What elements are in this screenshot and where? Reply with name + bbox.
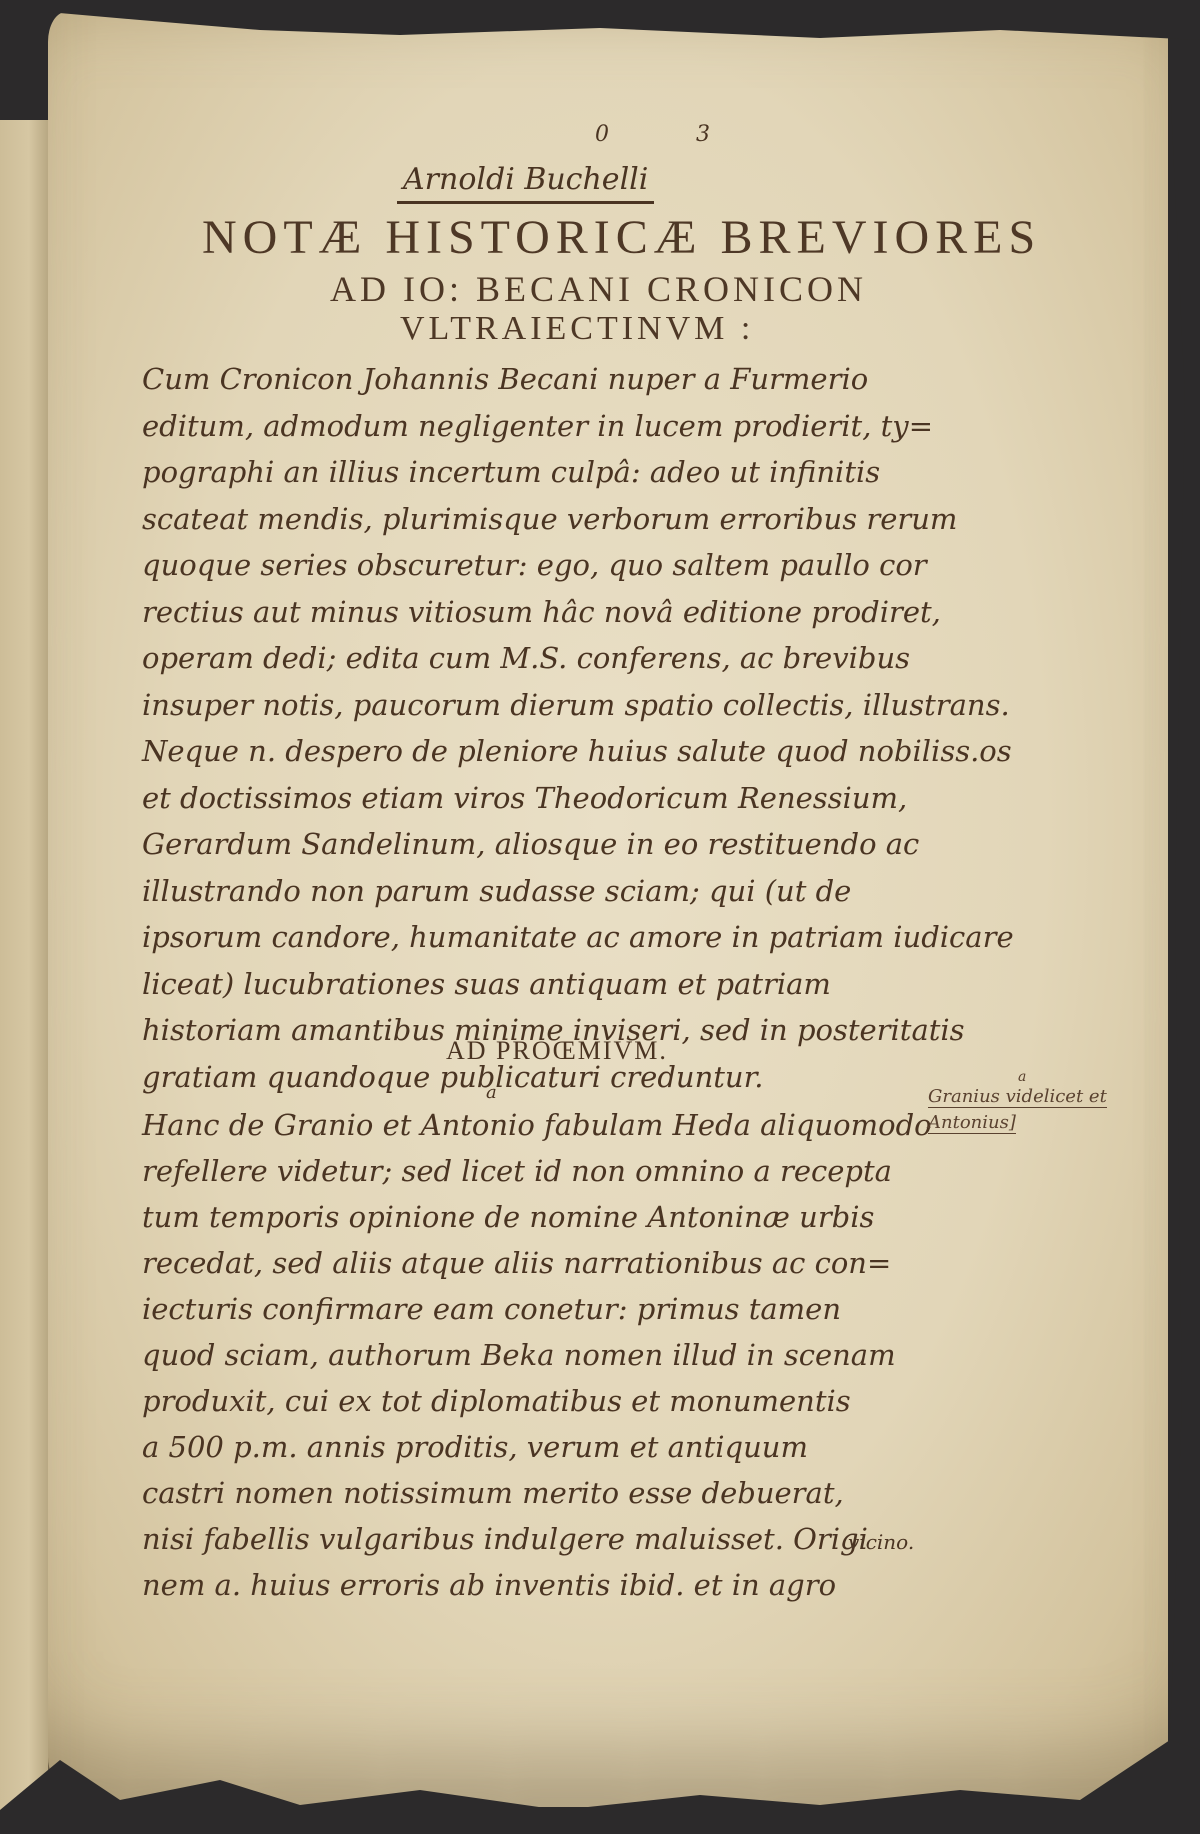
text-line: Hanc de Granio et Antonio fabulam Heda a…: [142, 1102, 932, 1148]
text-line: produxit, cui ex tot diplomatibus et mon…: [142, 1378, 932, 1424]
text-line: operam dedi; edita cum M.S. conferens, a…: [142, 635, 932, 682]
preface-paragraph: Cum Cronicon Johannis Becani nuper a Fur…: [142, 356, 932, 1100]
folio-number: 0 3: [595, 122, 750, 147]
text-line: editum, admodum negligenter in lucem pro…: [142, 403, 932, 450]
text-line: castri nomen notissimum merito esse debu…: [142, 1470, 932, 1516]
text-line: quoque series obscuretur: ego, quo salte…: [142, 542, 932, 589]
text-line: liceat) lucubrationes suas antiquam et p…: [142, 961, 932, 1008]
proemium-paragraph: Hanc de Granio et Antonio fabulam Heda a…: [142, 1102, 932, 1608]
adjacent-page-edge: [0, 120, 50, 1810]
margin-note-marker: a: [928, 1070, 1107, 1084]
text-line: ipsorum candore, humanitate ac amore in …: [142, 914, 932, 961]
text-line: iecturis confirmare eam conetur: primus …: [142, 1286, 932, 1332]
note-marker: a: [486, 1082, 497, 1103]
text-line: Gerardum Sandelinum, aliosque in eo rest…: [142, 821, 932, 868]
text-line: insuper notis, paucorum dierum spatio co…: [142, 682, 932, 729]
title-line-1: NOTÆ HISTORICÆ BREVIORES: [202, 210, 1041, 265]
text-line: nisi fabellis vulgaribus indulgere malui…: [142, 1516, 932, 1562]
title-line-2: AD IO: BECANI CRONICON: [330, 268, 867, 310]
margin-note-line: Antonius]: [928, 1110, 1107, 1136]
text-line: scateat mendis, plurimisque verborum err…: [142, 496, 932, 543]
text-line: Cum Cronicon Johannis Becani nuper a Fur…: [142, 356, 932, 403]
text-line: rectius aut minus vitiosum hâc novâ edit…: [142, 589, 932, 636]
text-line: tum temporis opinione de nomine Antoninæ…: [142, 1194, 932, 1240]
text-line: refellere videtur; sed licet id non omni…: [142, 1148, 932, 1194]
text-line: Neque n. despero de pleniore huius salut…: [142, 728, 932, 775]
text-line: nem a. huius erroris ab inventis ibid. e…: [142, 1562, 932, 1608]
title-line-3: VLTRAIECTINVM :: [400, 310, 754, 348]
text-line: quod sciam, authorum Beka nomen illud in…: [142, 1332, 932, 1378]
text-line: et doctissimos etiam viros Theodoricum R…: [142, 775, 932, 822]
catchword: vicino.: [848, 1530, 914, 1554]
author-heading: Arnoldi Buchelli: [397, 162, 654, 204]
text-line: a 500 p.m. annis proditis, verum et anti…: [142, 1424, 932, 1470]
text-line: pographi an illius incertum culpâ: adeo …: [142, 449, 932, 496]
margin-note: a Granius videlicet et Antonius]: [928, 1070, 1107, 1136]
text-line: recedat, sed aliis atque aliis narration…: [142, 1240, 932, 1286]
section-heading: AD PROŒMIVM.: [446, 1036, 668, 1066]
text-line: illustrando non parum sudasse sciam; qui…: [142, 868, 932, 915]
margin-note-line: Granius videlicet et: [928, 1084, 1107, 1110]
